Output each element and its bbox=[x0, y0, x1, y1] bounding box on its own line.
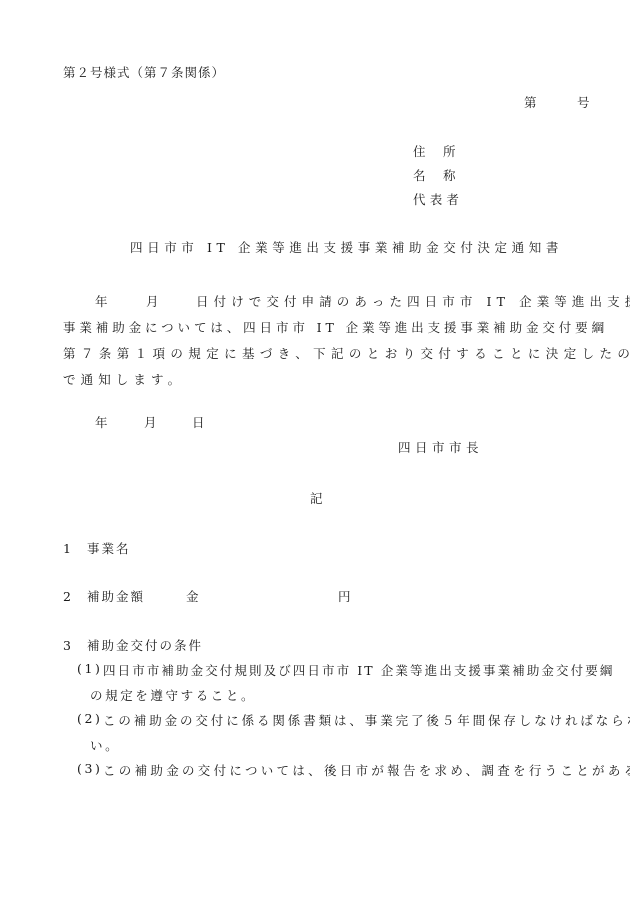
form-number: 第２号様式（第７条関係） bbox=[63, 63, 225, 81]
condition-2-line-1: この補助金の交付に係る関係書類は、事業完了後５年間保存しなければならな bbox=[103, 711, 630, 729]
body-line-2: 事業補助金については、四日市市 IT 企業等進出支援事業補助金交付要綱 bbox=[63, 318, 608, 336]
body-line-4: で通知します。 bbox=[63, 370, 185, 388]
condition-3-line-1: この補助金の交付については、後日市が報告を求め、調査を行うことがある。 bbox=[103, 761, 630, 779]
condition-3-number: (3) bbox=[77, 761, 103, 776]
condition-2-line-2: い。 bbox=[90, 736, 120, 754]
name-label: 名称 bbox=[413, 166, 456, 184]
ki-heading: 記 bbox=[310, 489, 323, 507]
condition-1-line-1: 四日市市補助金交付規則及び四日市市 IT 企業等進出支援事業補助金交付要綱 bbox=[103, 661, 614, 679]
body-line-3: 第７条第１項の規定に基づき、下記のとおり交付することに決定したの bbox=[63, 344, 630, 362]
doc-number-suffix: 号 bbox=[577, 93, 590, 111]
issuer: 四日市市長 bbox=[398, 438, 483, 456]
condition-1-line-2: の規定を遵守すること。 bbox=[90, 686, 256, 704]
amount-prefix: 金 bbox=[186, 587, 199, 605]
condition-2-number: (2) bbox=[77, 711, 103, 726]
body-line-1: 日付けで交付申請のあった四日市市 IT 企業等進出支援 bbox=[196, 292, 630, 310]
item-3: 3補助金交付の条件 bbox=[63, 636, 203, 654]
document-title: 四日市市 IT 企業等進出支援事業補助金交付決定通知書 bbox=[130, 238, 563, 256]
issue-day: 日 bbox=[192, 413, 205, 431]
representative-label: 代表者 bbox=[413, 190, 463, 208]
doc-number-prefix: 第 bbox=[524, 93, 537, 111]
address-label: 住所 bbox=[413, 142, 456, 160]
issue-month: 月 bbox=[144, 413, 157, 431]
amount-suffix: 円 bbox=[338, 587, 351, 605]
body-month: 月 bbox=[146, 292, 159, 310]
issue-year: 年 bbox=[95, 413, 108, 431]
body-year: 年 bbox=[95, 292, 108, 310]
item-2: 2補助金額 bbox=[63, 587, 145, 605]
condition-1-number: (1) bbox=[77, 661, 103, 676]
item-1: 1事業名 bbox=[63, 539, 131, 557]
